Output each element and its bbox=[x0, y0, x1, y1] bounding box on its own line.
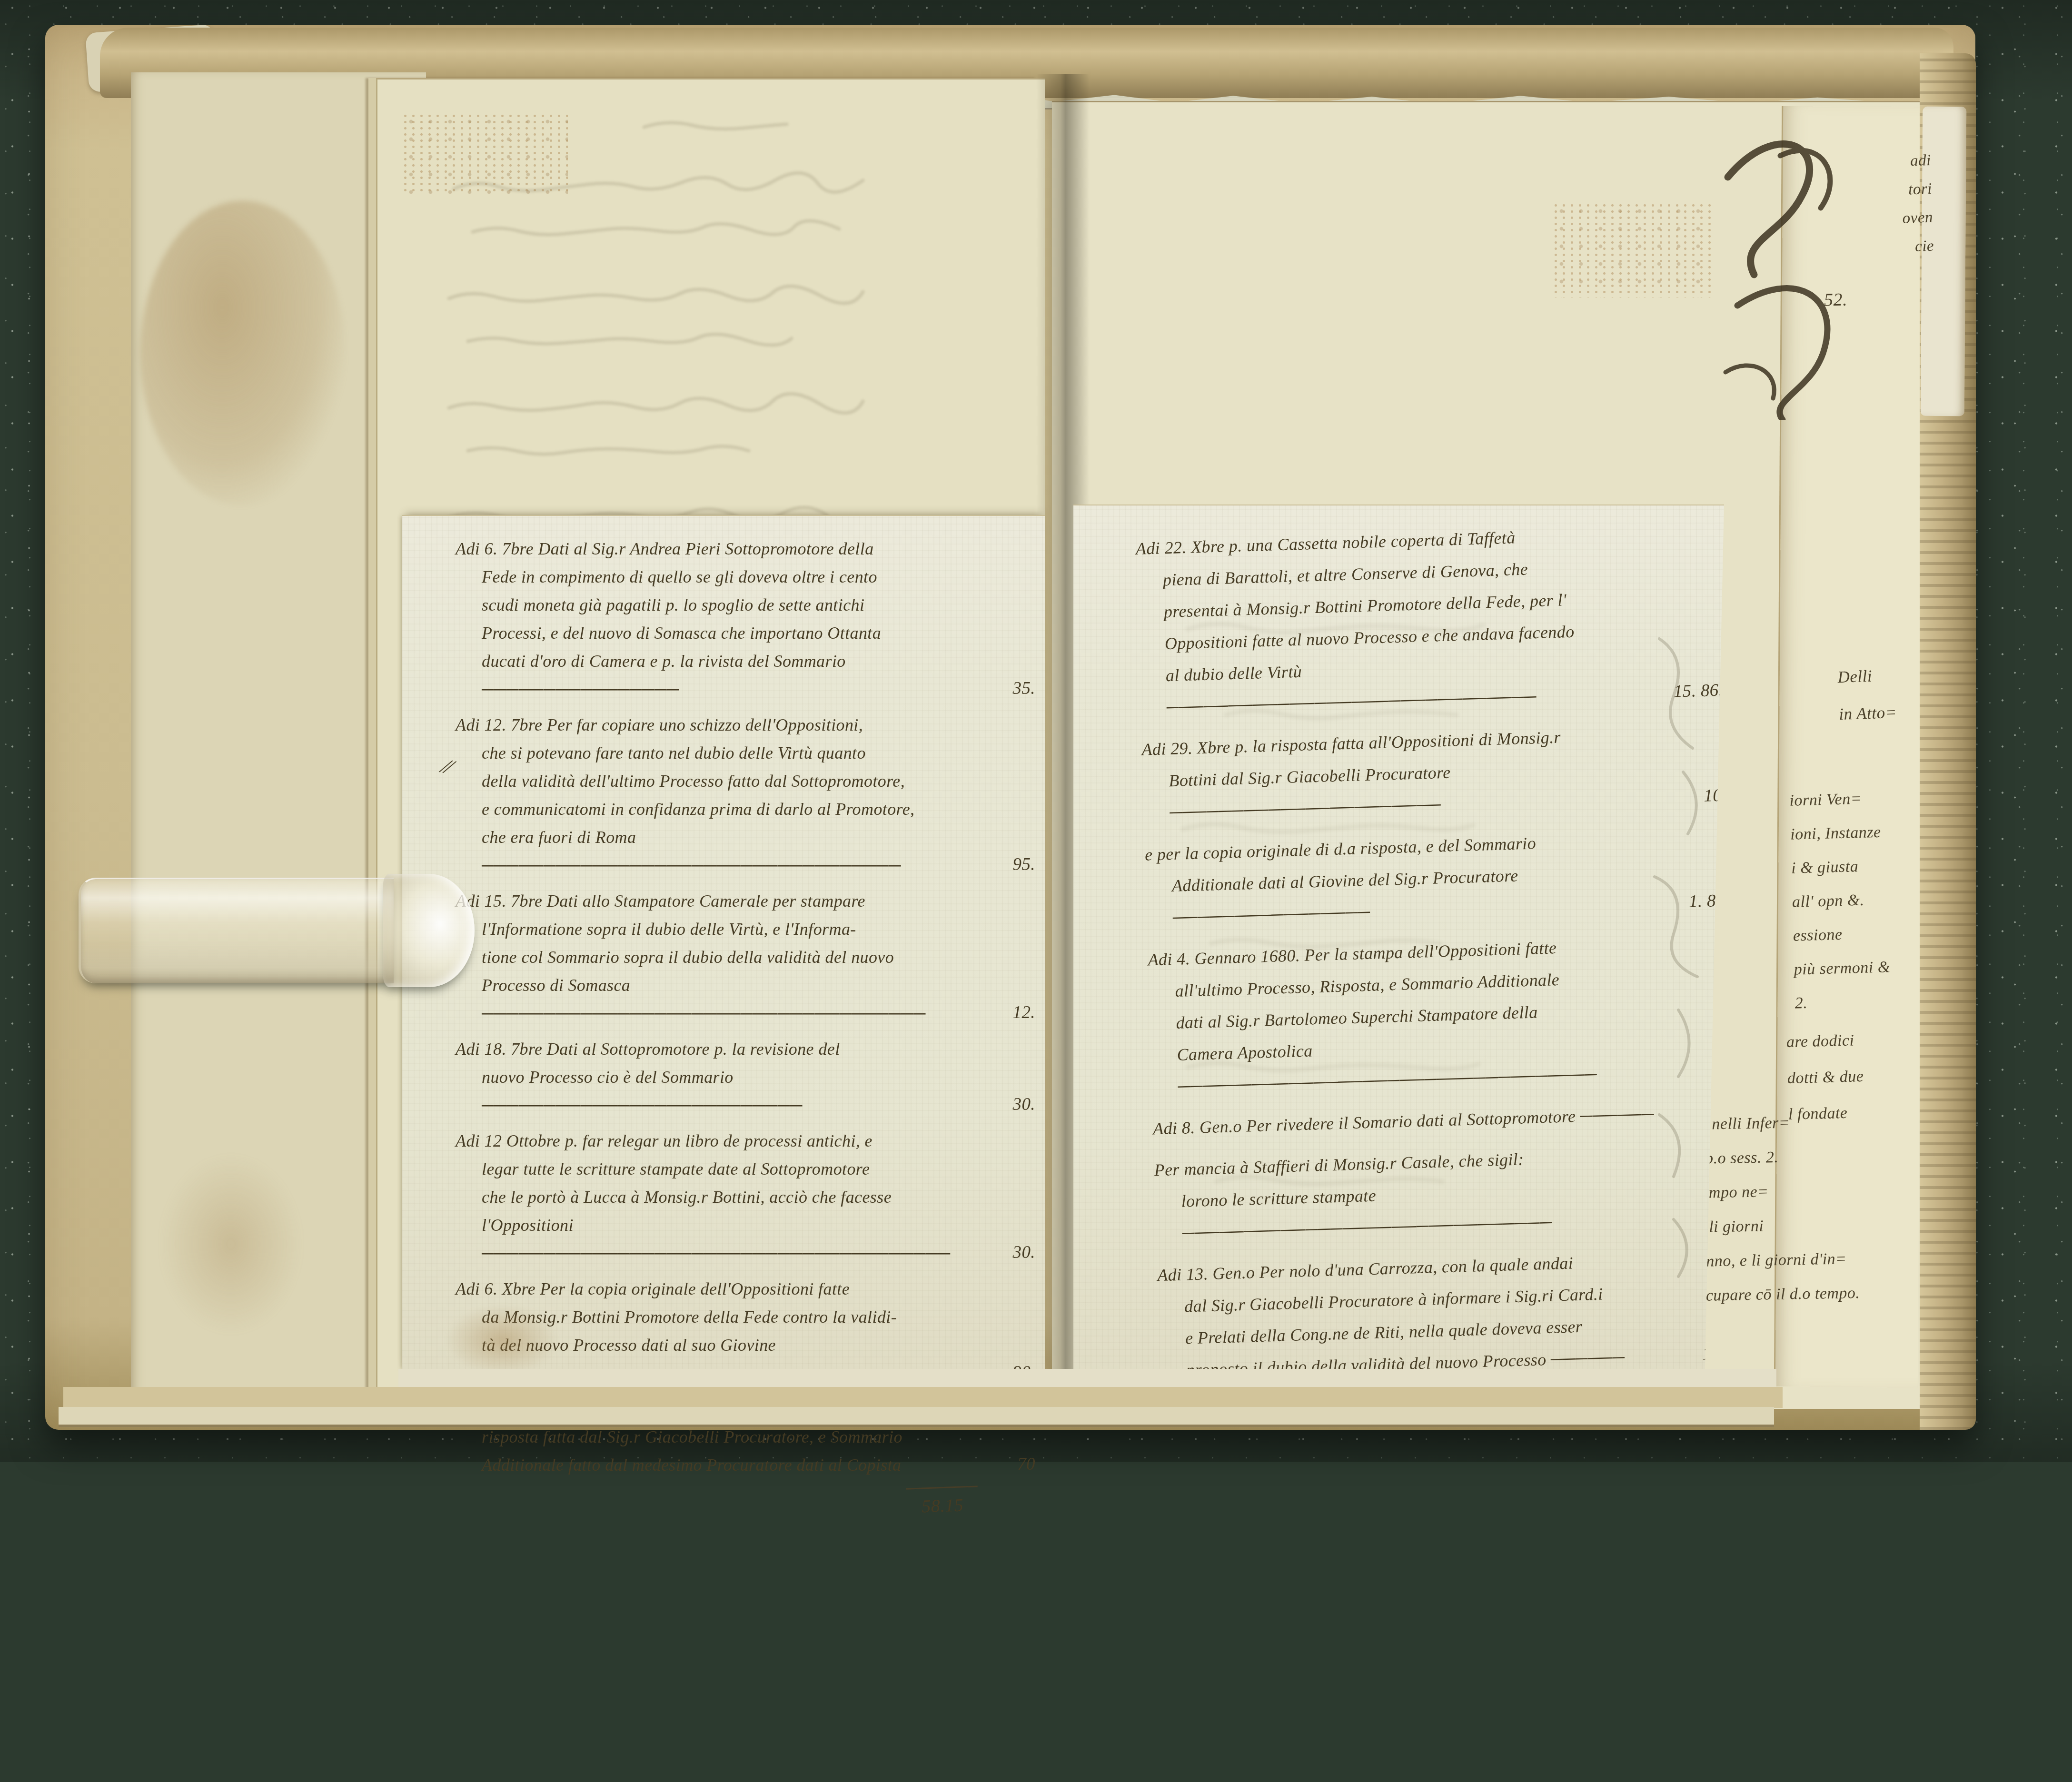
bottom-stain bbox=[445, 1304, 559, 1376]
page-edge-fragment: 2. bbox=[1794, 984, 1892, 1020]
bottom-page-edge bbox=[63, 1387, 1783, 1408]
entry-text: Adi 22. Xbre p. una Cassetta nobile cope… bbox=[1135, 518, 1656, 724]
page-number-fragment: 52. bbox=[1824, 290, 1848, 310]
entry-text: Adi 29. Xbre p. la risposta fatta all'Op… bbox=[1141, 719, 1659, 830]
page-edge-fragment: dotti & due bbox=[1787, 1059, 1864, 1097]
manuscript-ledger-book: aditoriovencie 52. Delliin Atto= iorni V… bbox=[45, 25, 1975, 1430]
page-edge-fragment: Delli bbox=[1837, 657, 1896, 696]
edge-fragments-upper: Delliin Atto= bbox=[1837, 657, 1897, 733]
page-edge-fragment: più sermoni & bbox=[1794, 950, 1891, 986]
bottom-page-edge bbox=[398, 1369, 1776, 1389]
entry-amount: 35. bbox=[1013, 674, 1035, 703]
ledger-entry: Adi 12 Ottobre p. far relegar un libro d… bbox=[456, 1127, 1035, 1267]
entry-amount: 95. bbox=[1013, 851, 1035, 879]
page-edge-fragment: anno, e li giorni d'in= bbox=[1697, 1242, 1860, 1279]
glass-weight-dome-end bbox=[383, 874, 475, 987]
ledger-entry: Adi 8. Gen.o Per rivedere il Somario dat… bbox=[1152, 1096, 1736, 1145]
entry-text: Adi 13. Gen.o Per nolo d'una Carrozza, c… bbox=[1157, 1244, 1675, 1387]
foxing-spots bbox=[1552, 202, 1714, 297]
page-edge-fragment: oven bbox=[1844, 203, 1933, 235]
page-edge-fragment: e li giorni bbox=[1697, 1208, 1859, 1245]
ledger-entry: Adi 12. 7bre Per far copiare uno schizzo… bbox=[456, 711, 1035, 880]
ledger-entry: Adi 13. Gen.o Per nolo d'una Carrozza, c… bbox=[1157, 1242, 1743, 1387]
entry-text: Adi 8. Gen.o Per rivedere il Somario dat… bbox=[1152, 1098, 1669, 1145]
water-stain bbox=[159, 1154, 302, 1335]
page-edge-fragment: l b.o sess. 2. bbox=[1696, 1139, 1858, 1176]
ledger-entry: Adi 18. 7bre Dati al Sottopromotore p. l… bbox=[456, 1035, 1035, 1119]
page-edge-fragment: te nelli Infer= bbox=[1695, 1105, 1857, 1142]
entry-amount: 12. bbox=[1013, 999, 1035, 1027]
page-edge-fragment: adi bbox=[1843, 146, 1932, 178]
page-edge-fragment: tori bbox=[1844, 175, 1933, 206]
page-edge-fragment: essione bbox=[1793, 916, 1890, 952]
edge-fragments-middle: iorni Ven=ioni, Instanzei & giustaall' o… bbox=[1789, 781, 1892, 1020]
edge-page-number: 52. bbox=[1824, 289, 1848, 311]
edge-fragments-bottom: te nelli Infer=l b.o sess. 2.tempo ne=e … bbox=[1695, 1105, 1860, 1313]
entry-text: Per mancia à Staffieri di Monsig.r Casal… bbox=[1154, 1139, 1672, 1250]
ledger-entry: Per mancia à Staffieri di Monsig.r Casal… bbox=[1154, 1137, 1739, 1250]
entry-text: Adi 12 Ottobre p. far relegar un libro d… bbox=[456, 1127, 968, 1267]
bottom-page-edge bbox=[59, 1407, 1774, 1427]
ledger-entry: Adi 15. 7bre Dati allo Stampatore Camera… bbox=[456, 887, 1035, 1028]
ledger-entry: Adi 4. Gennaro 1680. Per la stampa dell'… bbox=[1148, 927, 1735, 1103]
page-edge-fragment: tempo ne= bbox=[1696, 1173, 1859, 1210]
ledger-left-page: ∕∕ Adi 6. 7bre Dati al Sig.r Andrea Pier… bbox=[402, 515, 1045, 1371]
page-edge-fragment: ioni, Instanze bbox=[1790, 815, 1887, 851]
page-edge-fragment: are dodici bbox=[1786, 1022, 1863, 1060]
entry-amount: 30. bbox=[1013, 1238, 1035, 1267]
page-edge-fragment: iorni Ven= bbox=[1789, 781, 1887, 817]
page-edge-fragment: ccupare cō il d.o tempo. bbox=[1698, 1276, 1861, 1313]
ledger-entry: e per la copia originale di d.a risposta… bbox=[1144, 822, 1730, 934]
ledger-entry: Adi 22. Xbre p. una Cassetta nobile cope… bbox=[1135, 516, 1724, 724]
foxing-spots bbox=[401, 113, 568, 194]
margin-insertion-mark: ∕∕ bbox=[441, 753, 455, 780]
entry-text: Adi 4. Gennaro 1680. Per la stampa dell'… bbox=[1148, 929, 1667, 1103]
entry-amount: 30. bbox=[1013, 1090, 1035, 1119]
glass-paperweight bbox=[79, 874, 475, 987]
ledger-right-page: Adi 22. Xbre p. una Cassetta nobile cope… bbox=[1073, 505, 1724, 1390]
page-edge-fragment: in Atto= bbox=[1838, 694, 1897, 733]
right-page-entries: Adi 22. Xbre p. una Cassetta nobile cope… bbox=[1135, 516, 1755, 1462]
page-edge-fragment: cie bbox=[1845, 232, 1934, 263]
entry-text: Adi 18. 7bre Dati al Sottopromotore p. l… bbox=[456, 1035, 968, 1119]
entry-text: Adi 12. 7bre Per far copiare uno schizzo… bbox=[456, 711, 968, 880]
ledger-entry: Adi 6. 7bre Dati al Sig.r Andrea Pieri S… bbox=[456, 535, 1035, 703]
entry-amount: 70 bbox=[1017, 1450, 1035, 1462]
page-edge-fragment: all' opn &. bbox=[1792, 882, 1889, 919]
edge-fragments-top: aditoriovencie bbox=[1843, 146, 1934, 263]
page-edge-fragment: i & giusta bbox=[1791, 849, 1888, 885]
entry-amount: 15. 86. bbox=[1673, 674, 1724, 708]
glass-weight-body bbox=[79, 878, 394, 983]
entry-text: Adi 15. 7bre Dati allo Stampatore Camera… bbox=[456, 887, 968, 1028]
water-stain bbox=[140, 201, 345, 505]
entry-text: Adi 6. 7bre Dati al Sig.r Andrea Pieri S… bbox=[456, 535, 968, 703]
ledger-entry: Adi 29. Xbre p. la risposta fatta all'Op… bbox=[1141, 716, 1727, 829]
entry-text: e per la copia originale di d.a risposta… bbox=[1144, 824, 1662, 935]
